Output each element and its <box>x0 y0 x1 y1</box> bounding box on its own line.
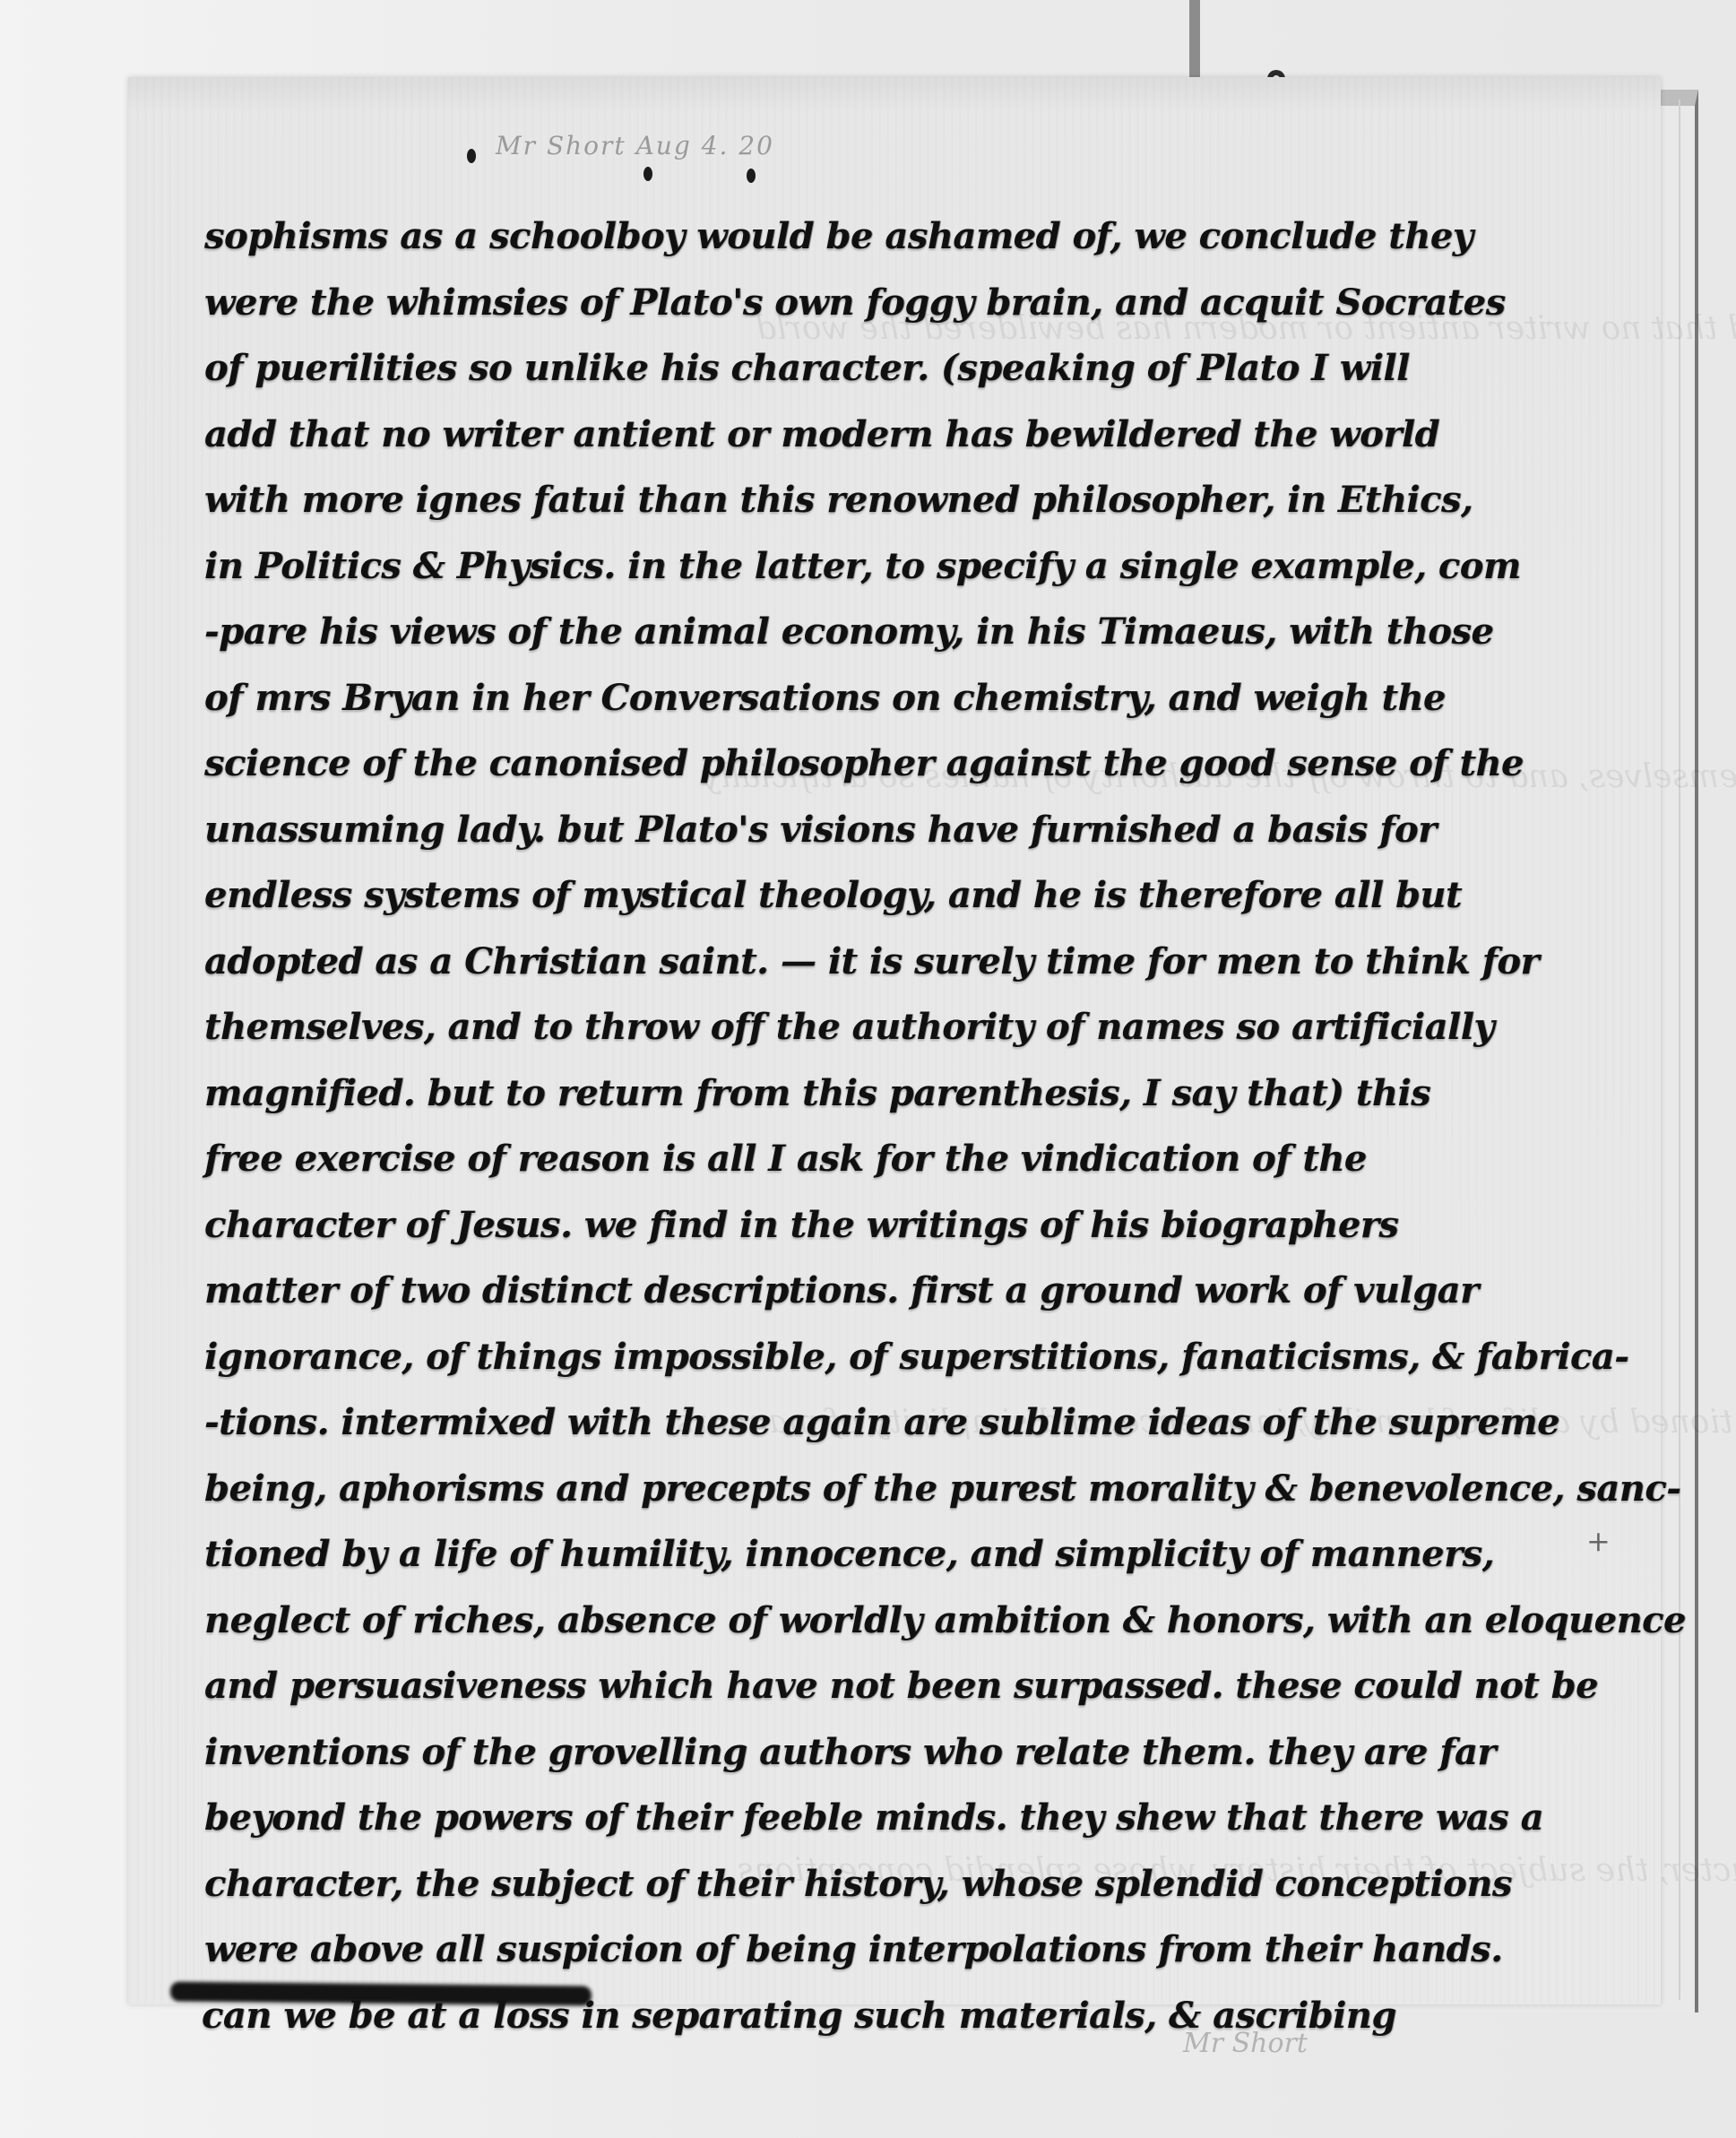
text-line: free exercise of reason is all I ask for… <box>204 1138 1620 1180</box>
text-line: sophisms as a schoolboy would be ashamed… <box>204 215 1620 257</box>
text-line: neglect of riches, absence of worldly am… <box>204 1599 1620 1641</box>
margin-mark: + <box>1586 1524 1611 1558</box>
text-line: matter of two distinct descriptions. fir… <box>204 1269 1620 1311</box>
text-line: themselves, and to throw off the authori… <box>204 1006 1620 1048</box>
text-line: inventions of the grovelling authors who… <box>204 1731 1620 1773</box>
text-line: unassuming lady. but Plato's visions hav… <box>204 809 1620 851</box>
text-line: and persuasiveness which have not been s… <box>204 1665 1620 1707</box>
text-line: character, the subject of their history,… <box>204 1863 1620 1905</box>
text-line: endless systems of mystical theology, an… <box>204 874 1620 916</box>
text-line: adopted as a Christian saint. — it is su… <box>204 940 1620 982</box>
text-line: being, aphorisms and precepts of the pur… <box>204 1467 1620 1510</box>
page-fold-line <box>1679 100 1680 2000</box>
text-line: were the whimsies of Plato's own foggy b… <box>204 281 1620 324</box>
text-line: of mrs Bryan in her Conversations on che… <box>204 677 1620 719</box>
text-line: with more ignes fatui than this renowned… <box>204 479 1620 521</box>
text-line: character of Jesus. we find in the writi… <box>204 1204 1620 1246</box>
manuscript-page: Mr Short Aug 4. 20 add that no writer an… <box>128 77 1661 2004</box>
text-line: in Politics & Physics. in the latter, to… <box>204 545 1620 587</box>
text-line: add that no writer antient or modern has… <box>204 413 1620 455</box>
text-line: science of the canonised philosopher aga… <box>204 742 1620 784</box>
text-line: -tions. intermixed with these again are … <box>204 1401 1620 1443</box>
manuscript-text: sophisms as a schoolboy would be ashamed… <box>128 77 1661 2004</box>
text-line: -pare his views of the animal economy, i… <box>204 610 1620 653</box>
text-line: magnified. but to return from this paren… <box>204 1072 1620 1114</box>
text-line: were above all suspicion of being interp… <box>204 1928 1620 1970</box>
text-line: tioned by a life of humility, innocence,… <box>204 1533 1620 1575</box>
text-line: beyond the powers of their feeble minds.… <box>204 1796 1620 1839</box>
text-line-final: can we be at a loss in separating such m… <box>202 1995 1618 2037</box>
text-line: ignorance, of things impossible, of supe… <box>204 1336 1620 1378</box>
text-line: of puerilities so unlike his character. … <box>204 347 1620 389</box>
